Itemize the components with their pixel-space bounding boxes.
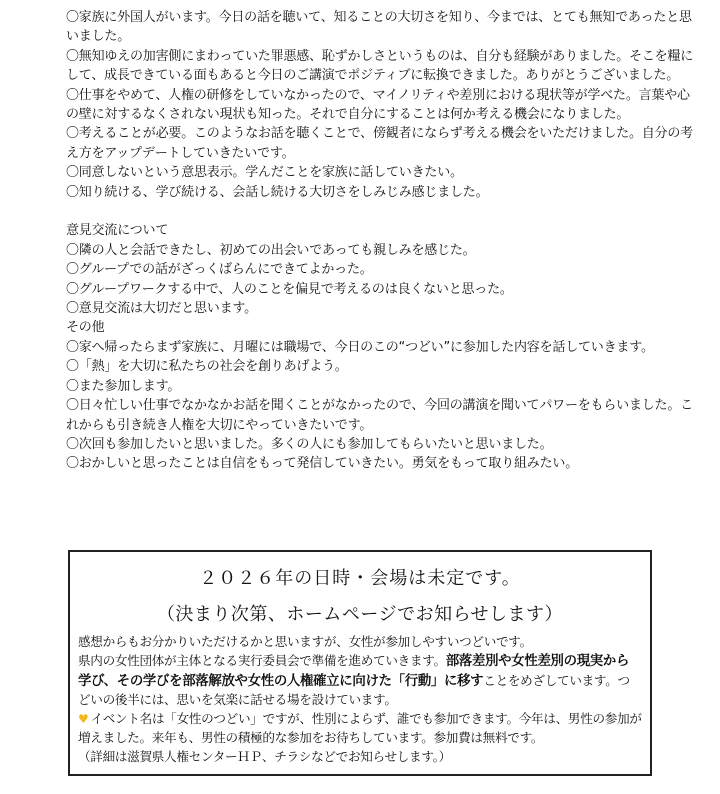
spacer <box>66 202 696 221</box>
notice-title: ２０２６年の日時・会場は未定です。 <box>78 567 642 591</box>
exchange-line: 〇意見交流は大切だと思います。 <box>66 299 696 318</box>
comment-line: 〇考えることが必要。このようなお話を聴くことで、傍観者にならず考える機会をいただ… <box>66 124 696 163</box>
exchange-heading: 意見交流について <box>66 221 696 240</box>
exchange-line: 〇グループでの話がざっくばらんにできてよかった。 <box>66 260 696 279</box>
other-line: 〇おかしいと思ったことは自信をもって発信していきたい。勇気をもって取り組みたい。 <box>66 454 696 473</box>
other-line: 〇日々忙しい仕事でなかなかお話を聞くことがなかったので、今回の講演を聞いてパワー… <box>66 396 696 435</box>
notice-paragraph-2: 県内の女性団体が主体となる実行委員会で準備を進めていきます。部落差別や女性差別の… <box>78 652 642 710</box>
comment-line: 〇同意しないという意思表示。学んだことを家族に話していきたい。 <box>66 163 696 182</box>
exchange-line: 〇隣の人と会話できたし、初めての出会いであっても親しみを感じた。 <box>66 241 696 260</box>
other-line: 〇また参加します。 <box>66 377 696 396</box>
other-line: 〇次回も参加したいと思いました。多くの人にも参加してもらいたいと思いました。 <box>66 435 696 454</box>
notice-paragraph-3-text: イベント名は「女性のつどい」ですが、性別によらず、誰でも参加できます。今年は、男… <box>78 711 642 745</box>
notice-paragraph-2-prefix: 県内の女性団体が主体となる実行委員会で準備を進めていきます。 <box>78 653 446 668</box>
exchange-line: 〇グループワークする中で、人のことを偏見で考えるのは良くないと思った。 <box>66 280 696 299</box>
other-line: 〇「熱」を大切に私たちの社会を創りあげよう。 <box>66 357 696 376</box>
other-line: 〇家へ帰ったらまず家族に、月曜には職場で、今日のこの“つどい”に参加した内容を話… <box>66 338 696 357</box>
comments-section: 〇家族に外国人がいます。今日の話を聴いて、知ることの大切さを知り、今までは、とて… <box>66 8 696 474</box>
heart-icon: ♥ <box>78 712 88 726</box>
notice-body: 感想からもお分かりいただけるかと思いますが、女性が参加しやすいつどいです。 県内… <box>78 633 642 767</box>
comment-line: 〇仕事をやめて、人権の研修をしていなかったので、マイノリティや差別における現状等… <box>66 86 696 125</box>
notice-box: ２０２６年の日時・会場は未定です。 （決まり次第、ホームページでお知らせします）… <box>68 550 652 776</box>
comment-line: 〇無知ゆえの加害側にまわっていた罪悪感、恥ずかしさというものは、自分も経験があり… <box>66 47 696 86</box>
notice-paragraph-4: （詳細は滋賀県人権センターＨＰ、チラシなどでお知らせします。） <box>78 748 642 767</box>
comment-line: 〇家族に外国人がいます。今日の話を聴いて、知ることの大切さを知り、今までは、とて… <box>66 8 696 47</box>
notice-paragraph-3: ♥イベント名は「女性のつどい」ですが、性別によらず、誰でも参加できます。今年は、… <box>78 710 642 748</box>
other-heading: その他 <box>66 318 696 337</box>
comment-line: 〇知り続ける、学び続ける、会話し続ける大切さをしみじみ感じました。 <box>66 183 696 202</box>
notice-subtitle: （決まり次第、ホームページでお知らせします） <box>78 603 642 627</box>
notice-paragraph-1: 感想からもお分かりいただけるかと思いますが、女性が参加しやすいつどいです。 <box>78 633 642 652</box>
